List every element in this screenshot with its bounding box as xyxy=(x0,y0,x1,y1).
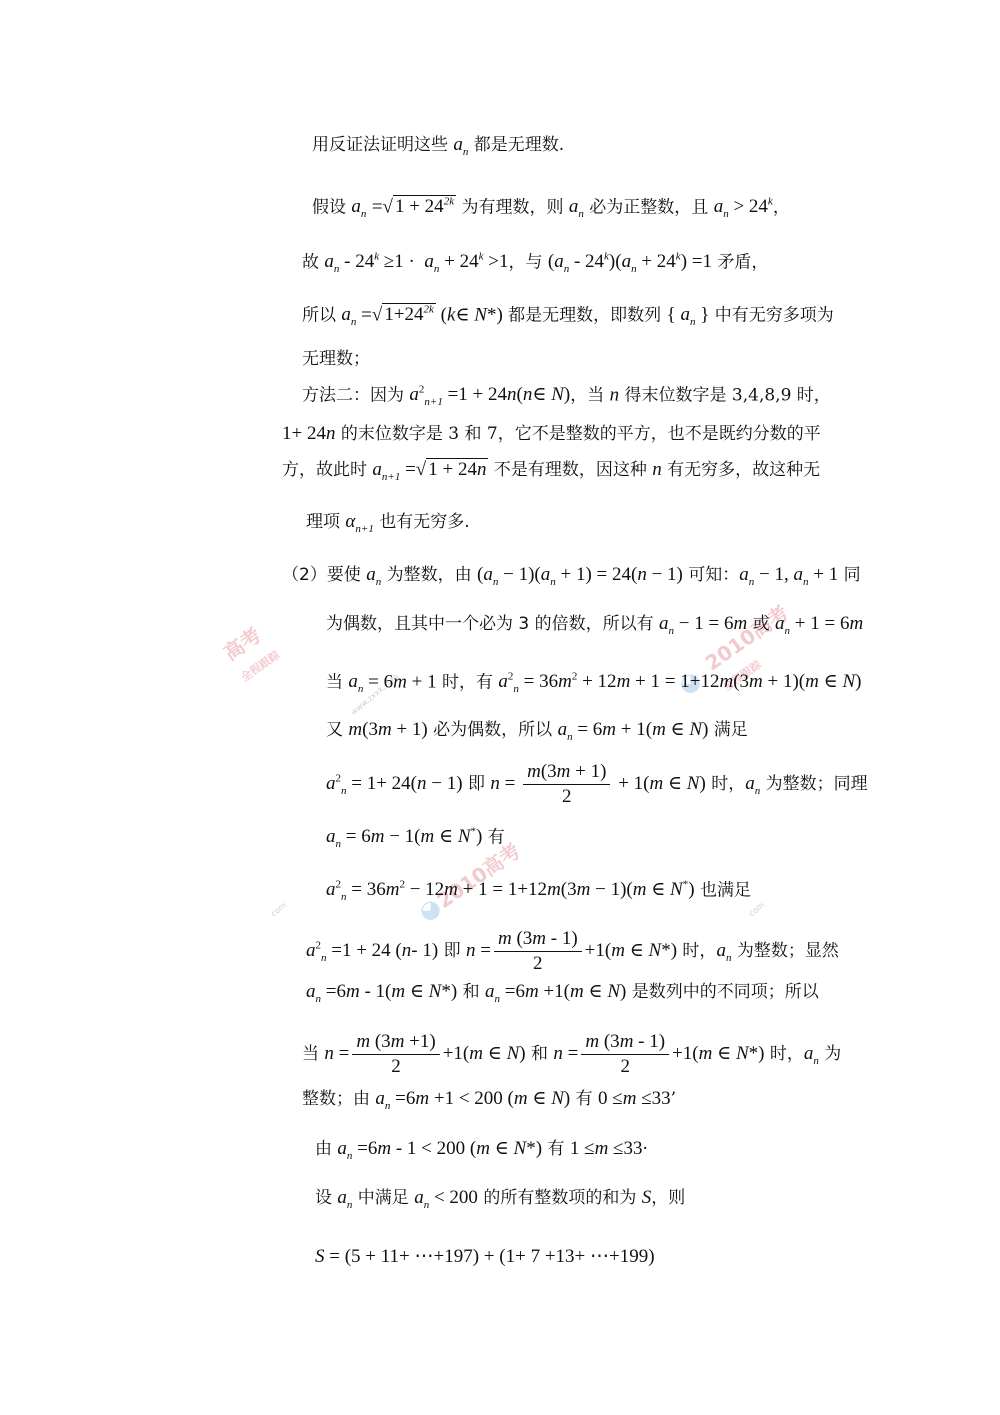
text-line: 1+ 24n 的末位数字是 3 和 7，它不是整数的平方，也不是既约分数的平 xyxy=(282,422,821,446)
text-line: 由 an =6m - 1 < 200 (m ∈ N*) 有 1 ≤m ≤33· xyxy=(315,1137,648,1168)
text-line: 方法二：因为 a2n+1 =1 + 24n(n∈ N)，当 n 得末位数字是 3… xyxy=(302,378,831,414)
text-line: an = 6m − 1(m ∈ N*) 有 xyxy=(326,820,505,856)
text-line: 为偶数，且其中一个必为 3 的倍数，所以有 an − 1 = 6m 或 an +… xyxy=(326,612,863,643)
text-line: 用反证法证明这些 an 都是无理数. xyxy=(312,133,564,164)
text-line: 又 m(3m + 1) 必为偶数，所以 an = 6m + 1(m ∈ N) 满… xyxy=(326,718,748,749)
text-line: 当 n =m (3m +1)2+1(m ∈ N) 和 n =m (3m - 1)… xyxy=(302,1030,841,1079)
text-line: S = (5 + 11+ ⋯+197) + (1+ 7 +13+ ⋯+199) xyxy=(315,1245,655,1269)
text-line: a2n =1 + 24 (n- 1) 即 n =m (3m - 1)2+1(m … xyxy=(306,927,839,976)
text-line: 整数；由 an =6m +1 < 200 (m ∈ N) 有 0 ≤m ≤33’ xyxy=(302,1087,676,1118)
text-line: an =6m - 1(m ∈ N*) 和 an =6m +1(m ∈ N) 是数… xyxy=(306,980,819,1011)
watermark-left: 高考全程跟踪 xyxy=(217,617,283,686)
text-line: a2n = 1+ 24(n − 1) 即 n = m(3m + 1)2 + 1(… xyxy=(326,760,868,809)
text-line: 当 an = 6m + 1 时，有 a2n = 36m2 + 12m + 1 =… xyxy=(326,665,861,701)
text-line: 故 an - 24k ≥1 · an + 24k >1，与 (an - 24k)… xyxy=(302,245,768,281)
text-line: （2）要使 an 为整数，由 (an − 1)(an + 1) = 24(n −… xyxy=(282,563,861,594)
text-line: 设 an 中满足 an < 200 的所有整数项的和为 S，则 xyxy=(315,1186,685,1217)
text-line: 方，故此时 an+1 =√1 + 24n 不是有理数，因这种 n 有无穷多，故这… xyxy=(282,458,820,489)
text-line: 无理数； xyxy=(302,347,370,371)
text-line: 理项 αn+1 也有无穷多. xyxy=(306,510,470,541)
text-line: 假设 an =√1 + 242k 为有理数，则 an 必为正整数，且 an > … xyxy=(312,190,790,226)
text-line: 所以 an =√1+242k (k∈ N*) 都是无理数，即数列 { an } … xyxy=(302,298,834,334)
text-line: a2n = 36m2 − 12m + 1 = 1+12m(3m − 1)(m ∈… xyxy=(326,873,751,909)
watermark-edge-mark: com xyxy=(269,901,288,919)
